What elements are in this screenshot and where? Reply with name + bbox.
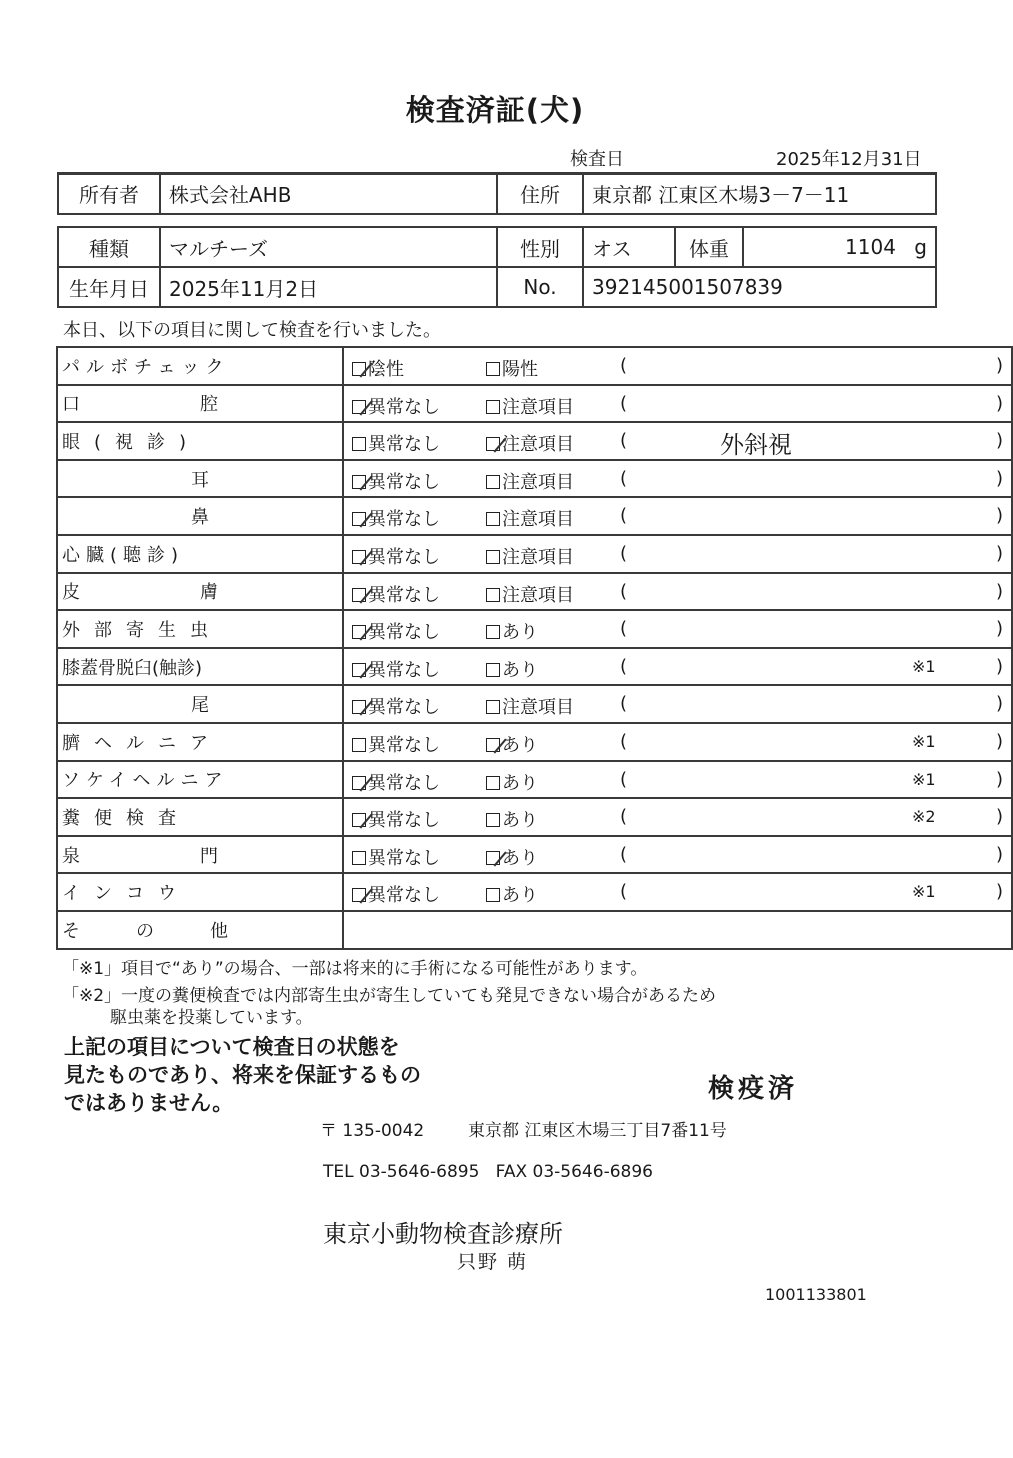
pet-info-table: 種類 マルチーズ 性別 オス 体重 1104 g 生年月日 2025年11月2日… bbox=[57, 226, 937, 308]
number-value: 392145001507839 bbox=[583, 267, 936, 307]
option-1-checkbox[interactable]: 異常なし bbox=[352, 881, 440, 907]
option-1-label: 異常なし bbox=[368, 773, 440, 794]
empty-box-icon bbox=[486, 663, 500, 677]
checked-box-icon bbox=[352, 588, 366, 602]
exam-item-name: 泉門 bbox=[57, 836, 343, 874]
open-paren: ( bbox=[620, 731, 627, 752]
checked-box-icon bbox=[352, 362, 366, 376]
number-label: No. bbox=[497, 267, 583, 307]
option-1-label: 異常なし bbox=[368, 885, 440, 906]
open-paren: ( bbox=[620, 806, 627, 827]
close-paren: ) bbox=[996, 618, 1003, 639]
option-2-label: 注意項目 bbox=[502, 397, 574, 418]
exam-item-label: 心臓(聴診) bbox=[62, 541, 338, 567]
open-paren: ( bbox=[620, 693, 627, 714]
exam-item-result bbox=[343, 911, 1012, 949]
exam-item-label: 眼(視診) bbox=[62, 428, 338, 454]
close-paren: ) bbox=[996, 844, 1003, 865]
clinic-address: 東京都 江東区木場三丁目7番11号 bbox=[468, 1116, 727, 1141]
option-2-checkbox[interactable]: 注意項目 bbox=[486, 393, 574, 419]
exam-item-name: 糞便検査 bbox=[57, 798, 343, 836]
exam-row: その他 bbox=[57, 911, 1012, 949]
exam-item-result: 陰性陽性() bbox=[343, 347, 1012, 385]
owner-label: 所有者 bbox=[58, 174, 160, 214]
checked-box-icon bbox=[352, 475, 366, 489]
open-paren: ( bbox=[620, 355, 627, 376]
exam-item-label: 臍ヘルニア bbox=[62, 729, 338, 755]
empty-box-icon bbox=[486, 512, 500, 526]
option-2-label: あり bbox=[502, 810, 538, 831]
intro-text: 本日、以下の項目に関して検査を行いました。 bbox=[63, 316, 441, 342]
dob-label: 生年月日 bbox=[58, 267, 160, 307]
option-1-checkbox[interactable]: 異常なし bbox=[352, 844, 440, 870]
exam-item-label: 皮膚 bbox=[62, 578, 338, 604]
close-paren: ) bbox=[996, 656, 1003, 677]
close-paren: ) bbox=[996, 731, 1003, 752]
weight-unit: g bbox=[914, 235, 927, 259]
empty-box-icon bbox=[486, 400, 500, 414]
exam-row: 眼(視診)異常なし注意項目(外斜視) bbox=[57, 422, 1012, 460]
exam-items-table: パルボチェック陰性陽性()口腔異常なし注意項目()眼(視診)異常なし注意項目(外… bbox=[56, 346, 1013, 950]
footnote-2-line2: 駆虫薬を投薬しています。 bbox=[110, 1003, 313, 1028]
exam-item-name: インコウ bbox=[57, 873, 343, 911]
open-paren: ( bbox=[620, 543, 627, 564]
exam-item-label: 耳 bbox=[62, 466, 338, 492]
footnote-marker: ※1 bbox=[912, 882, 936, 901]
checked-box-icon bbox=[352, 550, 366, 564]
option-2-checkbox[interactable]: あり bbox=[486, 769, 538, 795]
clinic-tel-fax: TEL 03-5646-6895 FAX 03-5646-6896 bbox=[323, 1162, 653, 1182]
exam-row: 糞便検査異常なしあり() bbox=[57, 798, 1012, 836]
weight-cell: 1104 g bbox=[743, 227, 936, 267]
option-2-checkbox[interactable]: あり bbox=[486, 731, 538, 757]
doctor-name: 只野 萌 bbox=[457, 1247, 528, 1274]
empty-box-icon bbox=[352, 437, 366, 451]
dob-value: 2025年11月2日 bbox=[160, 267, 497, 307]
option-1-checkbox[interactable]: 異常なし bbox=[352, 769, 440, 795]
open-paren: ( bbox=[620, 581, 627, 602]
exam-item-name: 耳 bbox=[57, 460, 343, 498]
close-paren: ) bbox=[996, 881, 1003, 902]
option-1-label: 異常なし bbox=[368, 660, 440, 681]
option-2-checkbox[interactable]: 注意項目 bbox=[486, 581, 574, 607]
close-paren: ) bbox=[996, 468, 1003, 489]
exam-row: 膝蓋骨脱臼(触診)異常なしあり() bbox=[57, 648, 1012, 686]
exam-item-name: ソケイヘルニア bbox=[57, 761, 343, 799]
option-1-label: 異常なし bbox=[368, 848, 440, 869]
option-2-label: 陽性 bbox=[502, 359, 538, 380]
option-2-checkbox[interactable]: あり bbox=[486, 656, 538, 682]
option-1-checkbox[interactable]: 陰性 bbox=[352, 355, 404, 381]
option-1-label: 異常なし bbox=[368, 697, 440, 718]
option-1-checkbox[interactable]: 異常なし bbox=[352, 468, 440, 494]
exam-item-label: 泉門 bbox=[62, 842, 338, 868]
exam-item-name: 皮膚 bbox=[57, 573, 343, 611]
empty-box-icon bbox=[352, 851, 366, 865]
exam-item-label: その他 bbox=[62, 917, 338, 943]
empty-box-icon bbox=[352, 738, 366, 752]
option-1-label: 陰性 bbox=[368, 359, 404, 380]
open-paren: ( bbox=[620, 468, 627, 489]
empty-box-icon bbox=[486, 550, 500, 564]
exam-row: 外部寄生虫異常なしあり() bbox=[57, 610, 1012, 648]
option-2-checkbox[interactable]: 注意項目 bbox=[486, 505, 574, 531]
exam-item-result: 異常なし注意項目() bbox=[343, 573, 1012, 611]
checked-box-icon bbox=[486, 437, 500, 451]
disclaimer: 上記の項目について検査日の状態を 見たものであり、将来を保証するもの ではありま… bbox=[64, 1033, 421, 1117]
weight-value: 1104 bbox=[845, 235, 896, 259]
exam-item-name: 臍ヘルニア bbox=[57, 723, 343, 761]
option-2-label: あり bbox=[502, 660, 538, 681]
open-paren: ( bbox=[620, 656, 627, 677]
empty-box-icon bbox=[486, 625, 500, 639]
exam-row: 耳異常なし注意項目() bbox=[57, 460, 1012, 498]
empty-box-icon bbox=[486, 700, 500, 714]
option-2-checkbox[interactable]: あり bbox=[486, 844, 538, 870]
close-paren: ) bbox=[996, 769, 1003, 790]
option-1-checkbox[interactable]: 異常なし bbox=[352, 731, 440, 757]
exam-item-name: その他 bbox=[57, 911, 343, 949]
sex-label: 性別 bbox=[497, 227, 583, 267]
option-2-label: 注意項目 bbox=[502, 509, 574, 530]
exam-row: 鼻異常なし注意項目() bbox=[57, 497, 1012, 535]
checked-box-icon bbox=[352, 663, 366, 677]
option-1-label: 異常なし bbox=[368, 735, 440, 756]
open-paren: ( bbox=[620, 393, 627, 414]
empty-box-icon bbox=[486, 813, 500, 827]
exam-date-value: 2025年12月31日 bbox=[776, 145, 922, 171]
option-2-label: あり bbox=[502, 735, 538, 756]
option-1-label: 異常なし bbox=[368, 585, 440, 606]
footnote-1: 「※1」項目で“あり”の場合、一部は将来的に手術になる可能性があります。 bbox=[62, 954, 647, 979]
exam-item-name: 眼(視診) bbox=[57, 422, 343, 460]
exam-item-result: 異常なし注意項目() bbox=[343, 535, 1012, 573]
footnote-marker: ※1 bbox=[912, 770, 936, 789]
footnote-marker: ※2 bbox=[912, 807, 936, 826]
option-2-checkbox[interactable]: あり bbox=[486, 881, 538, 907]
exam-item-result: 異常なしあり() bbox=[343, 610, 1012, 648]
empty-box-icon bbox=[486, 475, 500, 489]
checked-box-icon bbox=[486, 851, 500, 865]
close-paren: ) bbox=[996, 581, 1003, 602]
option-2-checkbox[interactable]: 注意項目 bbox=[486, 468, 574, 494]
option-2-label: あり bbox=[502, 848, 538, 869]
serial-number: 1001133801 bbox=[765, 1285, 867, 1304]
weight-label: 体重 bbox=[675, 227, 743, 267]
owner-value: 株式会社AHB bbox=[160, 174, 497, 214]
exam-item-label: 鼻 bbox=[62, 503, 338, 529]
option-2-label: あり bbox=[502, 622, 538, 643]
exam-item-name: パルボチェック bbox=[57, 347, 343, 385]
option-1-label: 異常なし bbox=[368, 547, 440, 568]
exam-row: 泉門異常なしあり() bbox=[57, 836, 1012, 874]
checked-box-icon bbox=[352, 700, 366, 714]
close-paren: ) bbox=[996, 430, 1003, 451]
exam-item-result: 異常なしあり() bbox=[343, 836, 1012, 874]
document-title: 検査済証(犬) bbox=[0, 88, 990, 129]
option-2-checkbox[interactable]: 注意項目 bbox=[486, 693, 574, 719]
exam-item-result: 異常なし注意項目() bbox=[343, 385, 1012, 423]
exam-row: 臍ヘルニア異常なしあり() bbox=[57, 723, 1012, 761]
exam-item-label: 口腔 bbox=[62, 390, 338, 416]
option-1-label: 異常なし bbox=[368, 434, 440, 455]
checked-box-icon bbox=[352, 813, 366, 827]
option-2-checkbox[interactable]: あり bbox=[486, 806, 538, 832]
option-1-label: 異常なし bbox=[368, 810, 440, 831]
exam-item-label: ソケイヘルニア bbox=[62, 766, 338, 792]
checked-box-icon bbox=[352, 512, 366, 526]
exam-item-label: 膝蓋骨脱臼(触診) bbox=[62, 654, 338, 680]
option-2-label: 注意項目 bbox=[502, 585, 574, 606]
checked-box-icon bbox=[486, 738, 500, 752]
exam-item-label: 外部寄生虫 bbox=[62, 616, 338, 642]
option-1-checkbox[interactable]: 異常なし bbox=[352, 430, 440, 456]
exam-item-result: 異常なし注意項目(外斜視) bbox=[343, 422, 1012, 460]
checked-box-icon bbox=[352, 776, 366, 790]
option-1-checkbox[interactable]: 異常なし bbox=[352, 693, 440, 719]
close-paren: ) bbox=[996, 505, 1003, 526]
option-2-checkbox[interactable]: 注意項目 bbox=[486, 430, 574, 456]
exam-item-result: 異常なし注意項目() bbox=[343, 497, 1012, 535]
option-2-checkbox[interactable]: 陽性 bbox=[486, 355, 538, 381]
option-1-checkbox[interactable]: 異常なし bbox=[352, 505, 440, 531]
option-1-label: 異常なし bbox=[368, 397, 440, 418]
open-paren: ( bbox=[620, 881, 627, 902]
option-1-label: 異常なし bbox=[368, 509, 440, 530]
close-paren: ) bbox=[996, 355, 1003, 376]
option-2-label: 注意項目 bbox=[502, 472, 574, 493]
clinic-postal-code: 〒 135-0042 bbox=[320, 1116, 424, 1141]
exam-item-name: 口腔 bbox=[57, 385, 343, 423]
option-1-checkbox[interactable]: 異常なし bbox=[352, 806, 440, 832]
option-2-label: 注意項目 bbox=[502, 697, 574, 718]
option-2-checkbox[interactable]: 注意項目 bbox=[486, 543, 574, 569]
empty-box-icon bbox=[486, 362, 500, 376]
handwritten-note[interactable]: 外斜視 bbox=[720, 425, 792, 460]
address-label: 住所 bbox=[497, 174, 583, 214]
exam-item-result: 異常なし注意項目() bbox=[343, 685, 1012, 723]
exam-row: 皮膚異常なし注意項目() bbox=[57, 573, 1012, 611]
empty-box-icon bbox=[486, 588, 500, 602]
open-paren: ( bbox=[620, 430, 627, 451]
exam-item-name: 鼻 bbox=[57, 497, 343, 535]
exam-item-label: 糞便検査 bbox=[62, 804, 338, 830]
exam-item-result: 異常なし注意項目() bbox=[343, 460, 1012, 498]
close-paren: ) bbox=[996, 806, 1003, 827]
checked-box-icon bbox=[352, 625, 366, 639]
close-paren: ) bbox=[996, 693, 1003, 714]
owner-info-table: 所有者 株式会社AHB 住所 東京都 江東区木場3－7－11 bbox=[57, 172, 937, 215]
sex-value: オス bbox=[583, 227, 675, 267]
option-2-label: 注意項目 bbox=[502, 547, 574, 568]
breed-value: マルチーズ bbox=[160, 227, 497, 267]
exam-item-name: 心臓(聴診) bbox=[57, 535, 343, 573]
clinic-name: 東京小動物検査診療所 bbox=[323, 1214, 563, 1249]
option-2-label: あり bbox=[502, 885, 538, 906]
exam-item-label: 尾 bbox=[62, 691, 338, 717]
option-1-checkbox[interactable]: 異常なし bbox=[352, 618, 440, 644]
option-2-label: 注意項目 bbox=[502, 434, 574, 455]
footnote-marker: ※1 bbox=[912, 732, 936, 751]
close-paren: ) bbox=[996, 543, 1003, 564]
exam-row: 心臓(聴診)異常なし注意項目() bbox=[57, 535, 1012, 573]
quarantine-stamp: 検疫済 bbox=[708, 1068, 798, 1105]
disclaimer-line-1: 上記の項目について検査日の状態を bbox=[64, 1033, 421, 1061]
exam-item-name: 外部寄生虫 bbox=[57, 610, 343, 648]
empty-box-icon bbox=[486, 888, 500, 902]
close-paren: ) bbox=[996, 393, 1003, 414]
open-paren: ( bbox=[620, 769, 627, 790]
exam-row: 口腔異常なし注意項目() bbox=[57, 385, 1012, 423]
address-value: 東京都 江東区木場3－7－11 bbox=[583, 174, 936, 214]
exam-item-name: 尾 bbox=[57, 685, 343, 723]
option-1-checkbox[interactable]: 異常なし bbox=[352, 393, 440, 419]
empty-box-icon bbox=[486, 776, 500, 790]
footnote-marker: ※1 bbox=[912, 657, 936, 676]
exam-row: 尾異常なし注意項目() bbox=[57, 685, 1012, 723]
option-2-checkbox[interactable]: あり bbox=[486, 618, 538, 644]
checked-box-icon bbox=[352, 888, 366, 902]
exam-row: インコウ異常なしあり() bbox=[57, 873, 1012, 911]
option-1-checkbox[interactable]: 異常なし bbox=[352, 543, 440, 569]
open-paren: ( bbox=[620, 618, 627, 639]
option-1-checkbox[interactable]: 異常なし bbox=[352, 581, 440, 607]
exam-date-label: 検査日 bbox=[570, 145, 624, 171]
option-2-label: あり bbox=[502, 773, 538, 794]
exam-row: パルボチェック陰性陽性() bbox=[57, 347, 1012, 385]
open-paren: ( bbox=[620, 844, 627, 865]
disclaimer-line-3: ではありません。 bbox=[64, 1089, 421, 1117]
exam-item-label: パルボチェック bbox=[62, 353, 338, 379]
disclaimer-line-2: 見たものであり、将来を保証するもの bbox=[64, 1061, 421, 1089]
option-1-label: 異常なし bbox=[368, 622, 440, 643]
open-paren: ( bbox=[620, 505, 627, 526]
exam-row: ソケイヘルニア異常なしあり() bbox=[57, 761, 1012, 799]
option-1-checkbox[interactable]: 異常なし bbox=[352, 656, 440, 682]
checked-box-icon bbox=[352, 400, 366, 414]
breed-label: 種類 bbox=[58, 227, 160, 267]
exam-item-name: 膝蓋骨脱臼(触診) bbox=[57, 648, 343, 686]
exam-item-label: インコウ bbox=[62, 879, 338, 905]
option-1-label: 異常なし bbox=[368, 472, 440, 493]
